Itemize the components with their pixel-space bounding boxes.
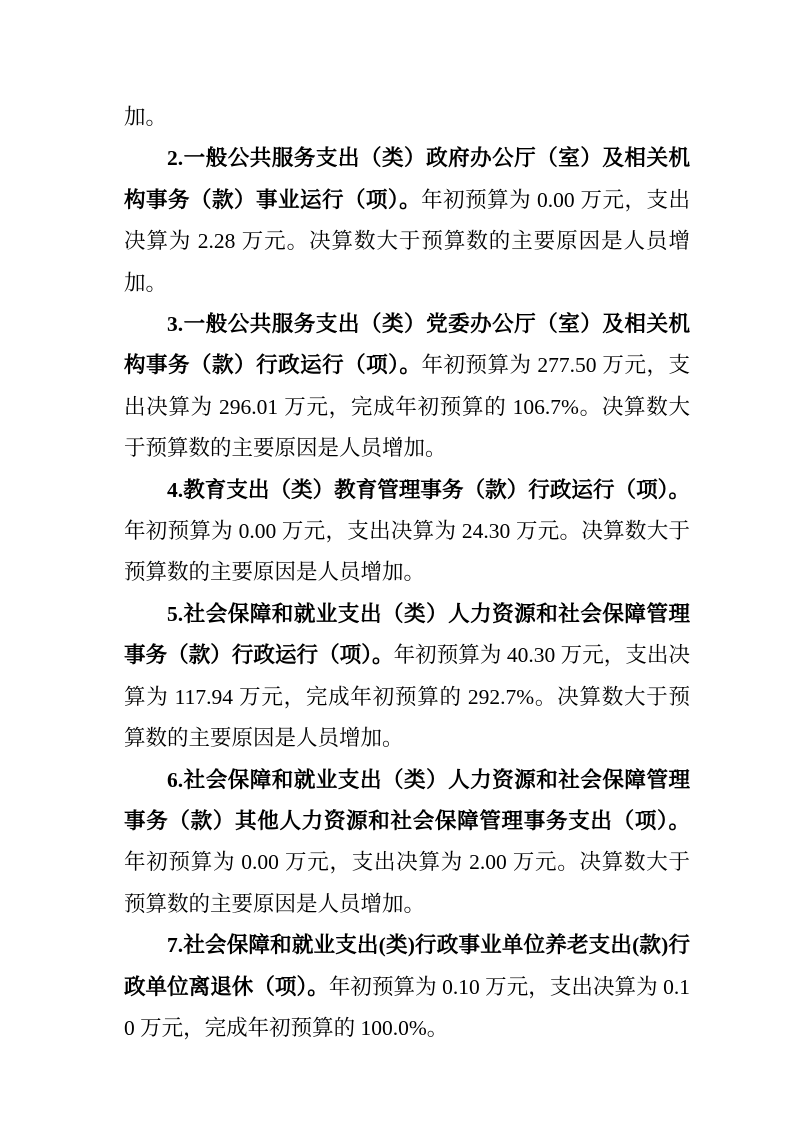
paragraph-item-2: 2.一般公共服务支出（类）政府办公厅（室）及相关机构事务（款）事业运行（项）。年…: [124, 138, 690, 304]
paragraph-item-7: 7.社会保障和就业支出(类)行政事业单位养老支出(款)行政单位离退休（项）。年初…: [124, 925, 690, 1049]
document-page: 加。 2.一般公共服务支出（类）政府办公厅（室）及相关机构事务（款）事业运行（项…: [0, 0, 800, 1131]
paragraph-item-6: 6.社会保障和就业支出（类）人力资源和社会保障管理事务（款）其他人力资源和社会保…: [124, 760, 690, 926]
paragraph-item-4: 4.教育支出（类）教育管理事务（款）行政运行（项）。年初预算为 0.00 万元，…: [124, 470, 690, 594]
paragraph-text: 年初预算为 0.00 万元，支出决算为 2.00 万元。决算数大于预算数的主要原…: [124, 850, 690, 915]
paragraph-heading-bold: 4.教育支出（类）教育管理事务（款）行政运行（项）。: [167, 478, 690, 502]
paragraph-item-3: 3.一般公共服务支出（类）党委办公厅（室）及相关机构事务（款）行政运行（项）。年…: [124, 304, 690, 470]
paragraph-continuation: 加。: [124, 97, 690, 138]
paragraph-text: 加。: [124, 105, 167, 129]
paragraph-text: 年初预算为 0.00 万元，支出决算为 24.30 万元。决算数大于预算数的主要…: [124, 519, 690, 584]
paragraph-heading-bold: 6.社会保障和就业支出（类）人力资源和社会保障管理事务（款）其他人力资源和社会保…: [124, 768, 690, 833]
paragraph-item-5: 5.社会保障和就业支出（类）人力资源和社会保障管理事务（款）行政运行（项）。年初…: [124, 594, 690, 760]
